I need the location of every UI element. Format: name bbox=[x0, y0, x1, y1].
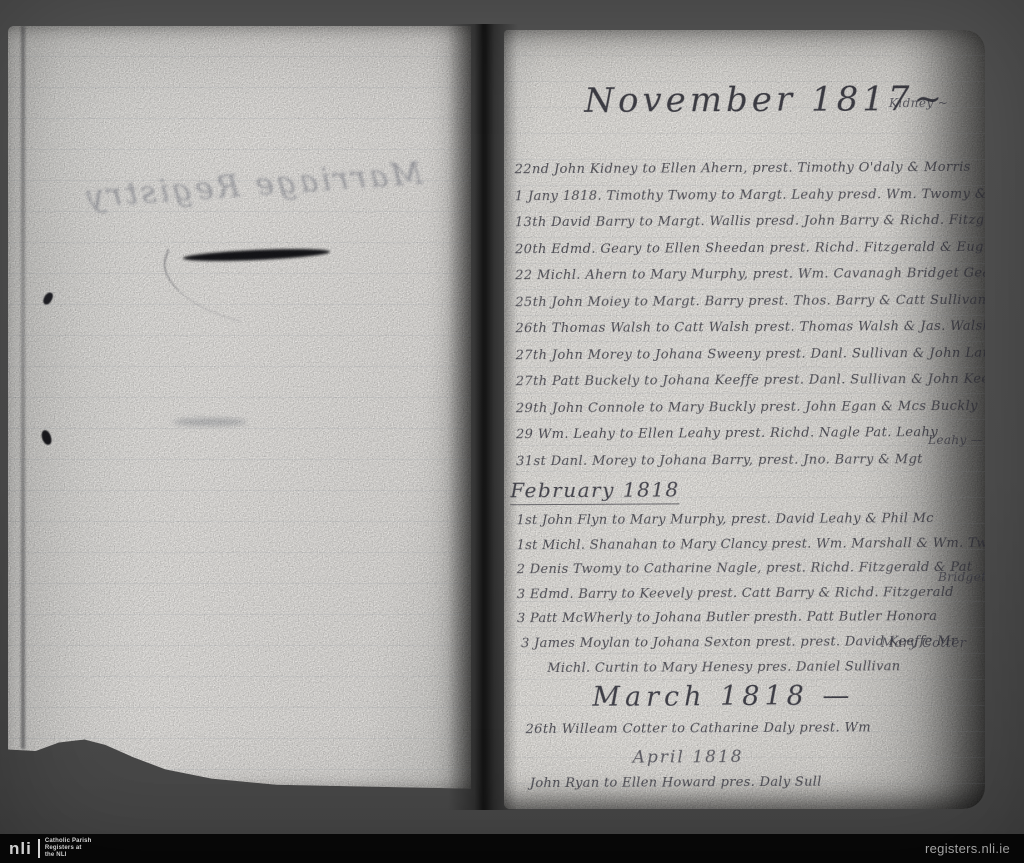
margin-note-kidney: Kidney ~ bbox=[889, 96, 948, 110]
register-line: 29th John Connole to Mary Buckly prest. … bbox=[516, 393, 985, 422]
ink-blot bbox=[41, 429, 53, 446]
register-line: 22nd John Kidney to Ellen Ahern, prest. … bbox=[515, 155, 985, 184]
nli-logo-acronym: nli bbox=[9, 840, 32, 858]
register-scan: Marriage Registry November 1817~22nd Joh… bbox=[0, 0, 1024, 863]
logo-caption: Catholic Parish Registers at the NLI bbox=[45, 838, 92, 859]
ink-blot bbox=[42, 291, 55, 306]
register-line: 2 Denis Twomy to Catharine Nagle, prest.… bbox=[517, 556, 985, 583]
register-line: 1st Michl. Shanahan to Mary Clancy prest… bbox=[517, 531, 985, 558]
nli-logo: nli Catholic Parish Registers at the NLI bbox=[9, 838, 92, 859]
register-line: John Ryan to Ellen Howard pres. Daly Sul… bbox=[530, 769, 985, 796]
register-line: 27th Patt Buckely to Johana Keeffe prest… bbox=[516, 367, 985, 396]
register-line: February 1818 bbox=[510, 476, 680, 505]
logo-caption-line: Registers at bbox=[45, 845, 82, 851]
logo-caption-line: the NLI bbox=[45, 852, 67, 858]
logo-divider bbox=[38, 839, 40, 858]
margin-note-leahy: Leahy — bbox=[928, 433, 983, 447]
margin-note-bridget: Bridget bbox=[938, 570, 985, 584]
register-line: 3 Patt McWherly to Johana Butler presth.… bbox=[517, 605, 985, 632]
bleed-through-ghost-text: Marriage Registry bbox=[62, 155, 424, 216]
register-line: 26th Thomas Walsh to Catt Walsh prest. T… bbox=[515, 314, 985, 343]
right-page: November 1817~22nd John Kidney to Ellen … bbox=[504, 30, 985, 809]
register-line: 20th Edmd. Geary to Ellen Sheedan prest.… bbox=[515, 234, 985, 263]
register-line: 13th David Barry to Margt. Wallis presd.… bbox=[515, 208, 985, 237]
register-line: 25th John Moiey to Margt. Barry prest. T… bbox=[515, 287, 985, 316]
register-line: 27th John Morey to Johana Sweeny prest. … bbox=[516, 340, 985, 369]
register-line: 31st Danl. Morey to Johana Barry, prest.… bbox=[516, 446, 985, 475]
watermark-url: registers.nli.ie bbox=[925, 841, 1010, 856]
logo-caption-line: Catholic Parish bbox=[45, 838, 92, 844]
footer-bar: nli Catholic Parish Registers at the NLI… bbox=[0, 834, 1024, 863]
register-line: 1 Jany 1818. Timothy Twomy to Margt. Lea… bbox=[515, 181, 985, 210]
smudge-mark bbox=[173, 418, 247, 426]
register-line: March 1818 — bbox=[592, 679, 985, 715]
register-line: 3 Edmd. Barry to Keevely prest. Catt Bar… bbox=[517, 581, 985, 608]
register-line: 29 Wm. Leahy to Ellen Leahy prest. Richd… bbox=[516, 420, 985, 449]
register-line: 26th Willeam Cotter to Catharine Daly pr… bbox=[525, 715, 985, 744]
paper-grain bbox=[8, 26, 471, 794]
left-page: Marriage Registry bbox=[8, 26, 471, 794]
register-line: Michl. Curtin to Mary Henesy pres. Danie… bbox=[547, 654, 985, 681]
register-line: 22 Michl. Ahern to Mary Murphy, prest. W… bbox=[515, 261, 985, 290]
margin-note-mary-cotter: Mary Cotter bbox=[881, 636, 966, 651]
register-line: April 1818 bbox=[633, 743, 985, 769]
register-line: 1st John Flyn to Mary Murphy, prest. Dav… bbox=[516, 507, 985, 534]
manuscript-text-block: November 1817~22nd John Kidney to Ellen … bbox=[514, 71, 985, 797]
